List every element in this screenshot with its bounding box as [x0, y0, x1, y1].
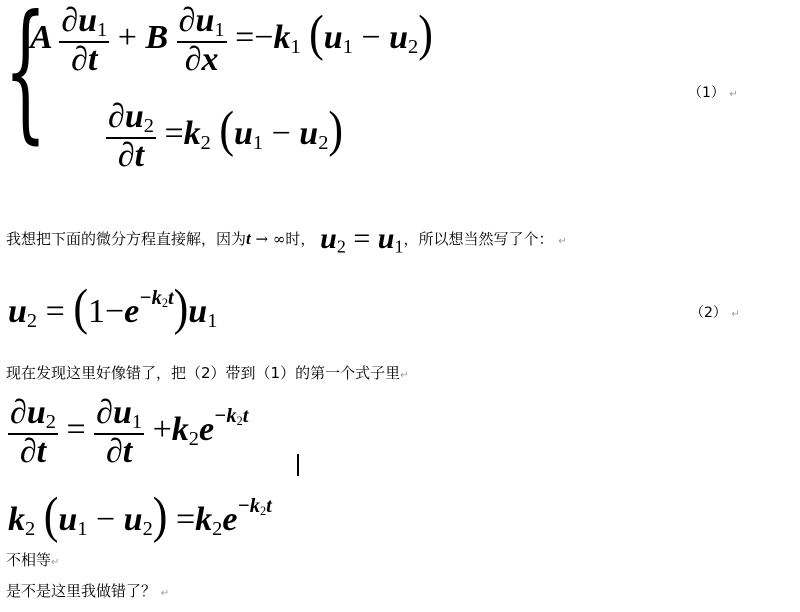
fraction-du1-dt: ∂u1 ∂t	[59, 4, 109, 77]
equation-4: k2 (u1 − u2) =k2e−k2t	[8, 490, 272, 541]
paragraph-4: 是不是这里我做错了？ ↵	[6, 580, 169, 601]
var-A: A	[30, 19, 51, 56]
paragraph-2: 现在发现这里好像错了，把（2）带到（1）的第一个式子里↵	[6, 362, 408, 383]
equation-2: u2 = (1−e−k2t)u1	[8, 282, 217, 333]
paragraph-3: 不相等↵	[6, 549, 59, 570]
fraction-du2-dt: ∂u2 ∂t	[106, 100, 156, 173]
paragraph-mark: ↵	[729, 89, 737, 100]
equation-1-line-2: ∂u2 ∂t =k2 (u1 − u2)	[106, 100, 343, 173]
text-cursor	[297, 454, 299, 476]
equation-number-2: （2） ↵	[690, 302, 740, 322]
fraction-du1-dx: ∂u1 ∂x	[177, 4, 227, 77]
equation-1-line-1: A ∂u1 ∂t + B ∂u1 ∂x =−k1 (u1 − u2)	[30, 4, 433, 77]
var-B: B	[145, 19, 168, 56]
paragraph-1: 我想把下面的微分方程直接解，因为t → ∞时， u2 = u1，所以想当然写了个…	[6, 222, 567, 258]
equation-3: ∂u2 ∂t = ∂u1 ∂t +k2e−k2t	[8, 396, 248, 469]
equation-number-1: （1） ↵	[688, 82, 738, 102]
